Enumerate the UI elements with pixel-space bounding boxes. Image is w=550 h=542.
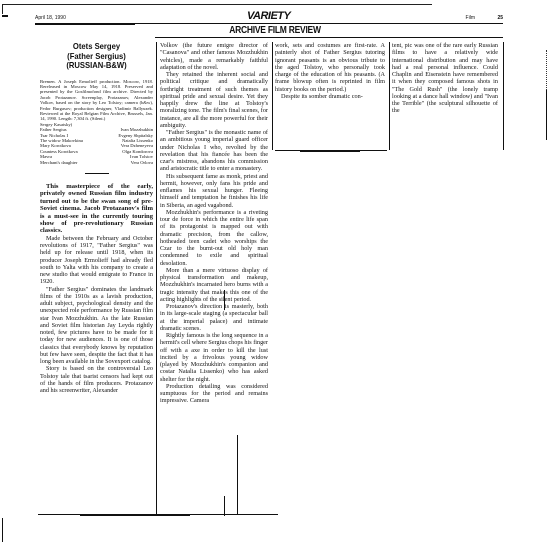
story-end-rule-accent xyxy=(300,150,360,152)
body-paragraph: They retained the inherent social and po… xyxy=(160,71,268,129)
body-paragraph: Rightly famous is the long sequence in a… xyxy=(160,332,268,383)
film-credits: Bremen. A Joseph Ermolieff production. M… xyxy=(40,79,153,166)
body-paragraph: "Father Sergius" is the monastic name of… xyxy=(160,129,268,173)
column-4-body-real: tent, pic was one of the rare early Russ… xyxy=(392,42,498,115)
body-paragraph: Production detailing was considered sump… xyxy=(160,383,268,405)
scan-mark xyxy=(2,15,8,17)
scan-border-tick xyxy=(2,4,3,14)
kicker-rule xyxy=(155,37,503,38)
column-2: Volkov (the future emigre director of "C… xyxy=(160,42,268,405)
column-rule-fragment xyxy=(224,290,225,310)
section-name: Film xyxy=(466,15,475,21)
scan-border-top xyxy=(2,4,432,5)
credits-text: Bremen. A Joseph Ermolieff production. M… xyxy=(40,79,153,122)
column-rule xyxy=(389,42,390,150)
column-rule xyxy=(503,42,504,150)
body-paragraph: Protazanov's direction is masterly, both… xyxy=(160,303,268,332)
film-country-language: (RUSSIAN-B&W) xyxy=(46,61,148,71)
lead-paragraph: This masterpiece of the early, privately… xyxy=(40,183,153,235)
body-paragraph: Story is based on the controversial Leo … xyxy=(40,365,153,394)
review-title-block: Otets Sergey (Father Sergius) (RUSSIAN-B… xyxy=(46,42,148,71)
column-1: Otets Sergey (Father Sergius) (RUSSIAN-B… xyxy=(40,42,153,394)
column-rule-fragment xyxy=(224,496,225,516)
section-kicker: ARCHIVE FILM REVIEW xyxy=(199,25,352,36)
cast-row: Merchant's daughterVera Orlova xyxy=(40,160,153,165)
column-rule-fragment xyxy=(237,435,238,515)
page-number: 25 xyxy=(497,15,503,21)
body-paragraph: Volkov (the future emigre director of "C… xyxy=(160,42,268,71)
body-paragraph: More than a mere virtuoso display of phy… xyxy=(160,267,268,303)
column-3: work, sets and costumes are first-rate. … xyxy=(275,42,385,100)
body-paragraph: work, sets and costumes are first-rate. … xyxy=(275,42,385,93)
body-paragraph: "Father Sergius" dominates the landmark … xyxy=(40,286,153,366)
publication-logo: VARIETY xyxy=(247,10,290,22)
cast-actor: Vera Orlova xyxy=(131,160,153,165)
body-paragraph: His subsequent fame as monk, priest and … xyxy=(160,173,268,209)
cast-role: Merchant's daughter xyxy=(40,160,77,165)
column-rule xyxy=(272,42,273,150)
header-rule-accent xyxy=(35,23,135,25)
divider xyxy=(85,173,109,174)
issue-date: April 18, 1990 xyxy=(35,15,66,21)
column-rule xyxy=(156,42,157,514)
body-paragraph: Made between the February and October re… xyxy=(40,235,153,286)
body-paragraph: Mozzhukhin's performance is a riveting t… xyxy=(160,209,268,267)
footer-rule-accent xyxy=(80,514,190,516)
scan-edge-left xyxy=(2,518,3,542)
scan-edge-solid xyxy=(546,90,547,140)
body-paragraph: Despite its somber dramatic con- xyxy=(275,93,385,100)
body-paragraph: tent, pic was one of the rare early Russ… xyxy=(392,42,498,115)
